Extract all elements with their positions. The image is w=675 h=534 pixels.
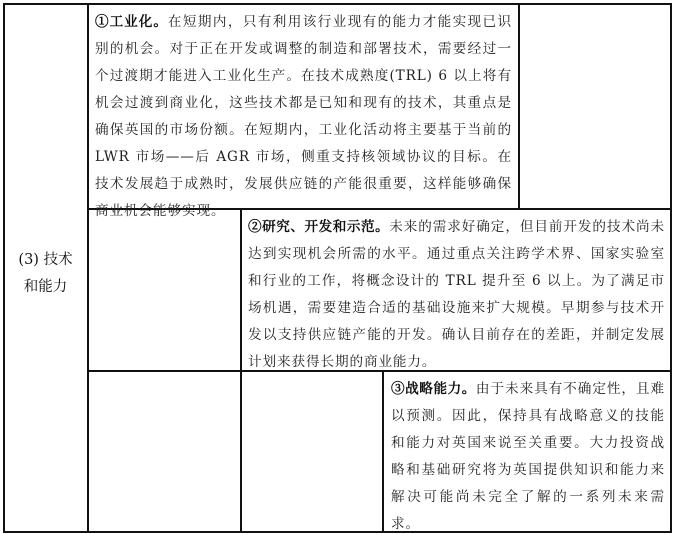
table-border-right xyxy=(670,3,672,533)
strategic-capability-paragraph: ③战略能力。由于未来具有不确定性，且难以预测。因此，保持具有战略意义的技能和能力… xyxy=(391,376,665,534)
rd-demonstration-marker: ② xyxy=(248,219,262,235)
industrialization-marker: ① xyxy=(95,14,110,30)
strategic-capability-cell: ③战略能力。由于未来具有不确定性，且难以预测。因此，保持具有战略意义的技能和能力… xyxy=(384,372,670,531)
industrialization-title: 工业化。 xyxy=(110,14,168,30)
empty-cell-bottom-middle xyxy=(242,372,382,531)
empty-cell-bottom-left xyxy=(89,372,240,531)
strategic-capability-body: 由于未来具有不确定性，且难以预测。因此，保持具有战略意义的技能和能力对英国来说至… xyxy=(391,381,665,532)
strategic-capability-title: 战略能力。 xyxy=(405,381,476,397)
row-header-cell: (3) 技术 和能力 xyxy=(4,4,87,531)
empty-cell-top-right xyxy=(520,4,670,208)
row-header-line-2: 和能力 xyxy=(4,274,87,301)
industrialization-cell: ①工业化。在短期内，只有利用该行业现有的能力才能实现已识别的机会。对于正在开发或… xyxy=(89,4,518,208)
rd-demonstration-title: 研究、开发和示范。 xyxy=(262,219,389,235)
strategic-capability-marker: ③ xyxy=(391,381,405,397)
row-header-label: (3) 技术 和能力 xyxy=(4,247,87,301)
industrialization-paragraph: ①工业化。在短期内，只有利用该行业现有的能力才能实现已识别的机会。对于正在开发或… xyxy=(95,9,512,225)
industrialization-body: 在短期内，只有利用该行业现有的能力才能实现已识别的机会。对于正在开发或调整的制造… xyxy=(95,14,512,219)
rd-demonstration-cell: ②研究、开发和示范。未来的需求好确定，但目前开发的技术尚未达到实现机会所需的水平… xyxy=(242,210,670,370)
row-header-line-1: (3) 技术 xyxy=(4,247,87,274)
rd-demonstration-body: 未来的需求好确定，但目前开发的技术尚未达到实现机会所需的水平。通过重点关注跨学术… xyxy=(248,219,665,370)
rd-demonstration-paragraph: ②研究、开发和示范。未来的需求好确定，但目前开发的技术尚未达到实现机会所需的水平… xyxy=(248,214,665,376)
empty-cell-middle-left xyxy=(89,210,240,370)
